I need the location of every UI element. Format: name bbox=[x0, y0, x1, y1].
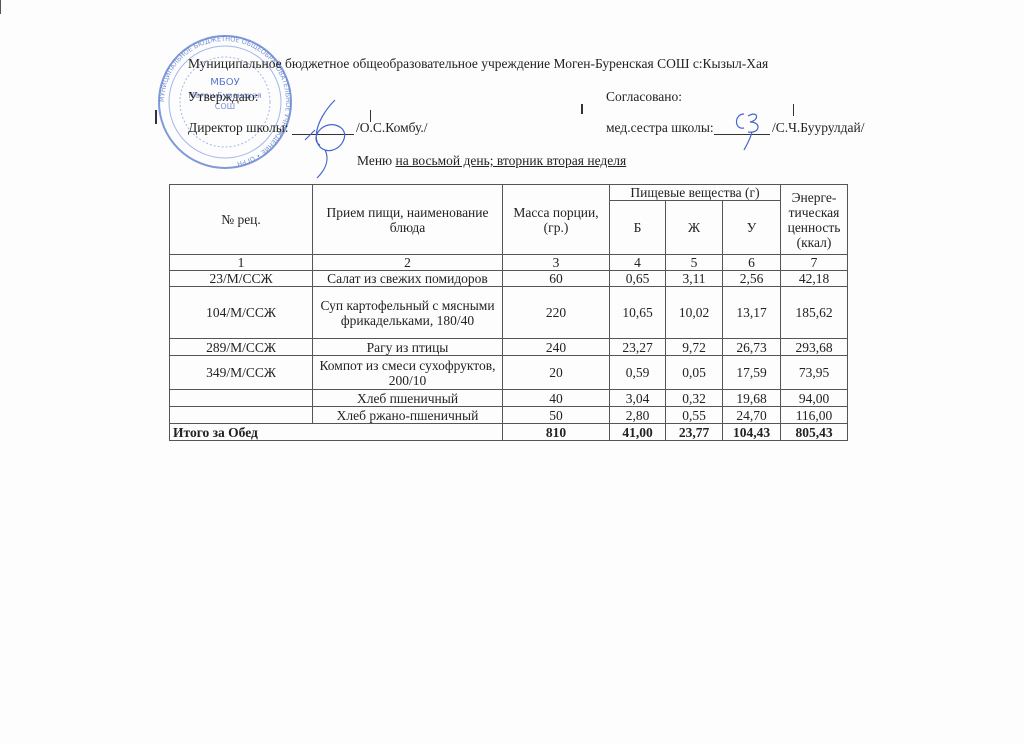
menu-day: на восьмой день; вторник вторая неделя bbox=[396, 153, 627, 168]
total-b: 41,00 bbox=[610, 424, 666, 441]
cell-name: Рагу из птицы bbox=[313, 339, 503, 356]
total-row: Итого за Обед 810 41,00 23,77 104,43 805… bbox=[170, 424, 848, 441]
cell-b: 3,04 bbox=[610, 390, 666, 407]
director-label: Директор школы: bbox=[188, 120, 289, 136]
agreed-label: Согласовано: bbox=[606, 89, 682, 105]
cell-u: 19,68 bbox=[723, 390, 781, 407]
total-mass: 810 bbox=[503, 424, 610, 441]
header-num: № рец. bbox=[170, 185, 313, 255]
cell-name: Хлеб пшеничный bbox=[313, 390, 503, 407]
nurse-label: мед.сестра школы: bbox=[606, 120, 714, 136]
header-mass: Масса порции, (гр.) bbox=[503, 185, 610, 255]
cell-energy: 185,62 bbox=[781, 287, 848, 339]
institution-name: Муниципальное бюджетное общеобразователь… bbox=[188, 56, 768, 72]
total-label: Итого за Обед bbox=[170, 424, 503, 441]
cell-zh: 10,02 bbox=[666, 287, 723, 339]
svg-text:МБОУ: МБОУ bbox=[210, 77, 239, 88]
header-u: У bbox=[723, 201, 781, 255]
cell-num: 23/М/ССЖ bbox=[170, 271, 313, 287]
total-energy: 805,43 bbox=[781, 424, 848, 441]
cell-energy: 94,00 bbox=[781, 390, 848, 407]
header-energy: Энерге-тическая ценность (ккал) bbox=[781, 185, 848, 255]
cell-b: 0,65 bbox=[610, 271, 666, 287]
header-name: Прием пищи, наименование блюда bbox=[313, 185, 503, 255]
cell-zh: 9,72 bbox=[666, 339, 723, 356]
table-row: 104/М/ССЖСуп картофельный с мясными фрик… bbox=[170, 287, 848, 339]
table-row: 349/М/ССЖКомпот из смеси сухофруктов, 20… bbox=[170, 356, 848, 390]
table-row: Хлеб пшеничный403,040,3219,6894,00 bbox=[170, 390, 848, 407]
cell-num bbox=[170, 390, 313, 407]
cell-u: 24,70 bbox=[723, 407, 781, 424]
cell-mass: 20 bbox=[503, 356, 610, 390]
cell-u: 17,59 bbox=[723, 356, 781, 390]
cell-mass: 240 bbox=[503, 339, 610, 356]
total-zh: 23,77 bbox=[666, 424, 723, 441]
scan-mark bbox=[581, 104, 583, 114]
total-u: 104,43 bbox=[723, 424, 781, 441]
cell-num: 104/М/ССЖ bbox=[170, 287, 313, 339]
header-b: Б bbox=[610, 201, 666, 255]
table-row: 23/М/ССЖСалат из свежих помидоров600,653… bbox=[170, 271, 848, 287]
cell-num: 349/М/ССЖ bbox=[170, 356, 313, 390]
scan-corner-mark bbox=[0, 0, 7, 14]
nurse-signature bbox=[730, 108, 770, 152]
cell-b: 10,65 bbox=[610, 287, 666, 339]
cell-zh: 3,11 bbox=[666, 271, 723, 287]
cell-zh: 0,55 bbox=[666, 407, 723, 424]
cell-b: 0,59 bbox=[610, 356, 666, 390]
nurse-name: /С.Ч.Буурулдай/ bbox=[772, 120, 865, 136]
cell-u: 26,73 bbox=[723, 339, 781, 356]
menu-title: Меню на восьмой день; вторник вторая нед… bbox=[357, 153, 626, 169]
cell-num bbox=[170, 407, 313, 424]
header-nutrients: Пищевые вещества (г) bbox=[610, 185, 781, 201]
director-signature bbox=[295, 90, 365, 180]
menu-table: № рец. Прием пищи, наименование блюда Ма… bbox=[169, 184, 848, 441]
column-numbers-row: 1 2 3 4 5 6 7 bbox=[170, 255, 848, 271]
cell-energy: 73,95 bbox=[781, 356, 848, 390]
cell-b: 23,27 bbox=[610, 339, 666, 356]
cell-mass: 50 bbox=[503, 407, 610, 424]
scan-mark bbox=[155, 110, 157, 124]
cell-zh: 0,05 bbox=[666, 356, 723, 390]
header-zh: Ж bbox=[666, 201, 723, 255]
cell-mass: 40 bbox=[503, 390, 610, 407]
scan-mark bbox=[793, 104, 794, 116]
table-row: Хлеб ржано-пшеничный502,800,5524,70116,0… bbox=[170, 407, 848, 424]
cell-name: Хлеб ржано-пшеничный bbox=[313, 407, 503, 424]
cell-energy: 42,18 bbox=[781, 271, 848, 287]
cell-zh: 0,32 bbox=[666, 390, 723, 407]
approve-label: Утверждаю: bbox=[188, 89, 259, 105]
director-name: /О.С.Комбу./ bbox=[356, 120, 428, 136]
cell-name: Салат из свежих помидоров bbox=[313, 271, 503, 287]
cell-b: 2,80 bbox=[610, 407, 666, 424]
cell-energy: 293,68 bbox=[781, 339, 848, 356]
cell-u: 13,17 bbox=[723, 287, 781, 339]
cell-mass: 60 bbox=[503, 271, 610, 287]
table-row: 289/М/ССЖРагу из птицы24023,279,7226,732… bbox=[170, 339, 848, 356]
cell-energy: 116,00 bbox=[781, 407, 848, 424]
cell-num: 289/М/ССЖ bbox=[170, 339, 313, 356]
cell-u: 2,56 bbox=[723, 271, 781, 287]
cell-name: Суп картофельный с мясными фрикадельками… bbox=[313, 287, 503, 339]
cell-mass: 220 bbox=[503, 287, 610, 339]
cell-name: Компот из смеси сухофруктов, 200/10 bbox=[313, 356, 503, 390]
